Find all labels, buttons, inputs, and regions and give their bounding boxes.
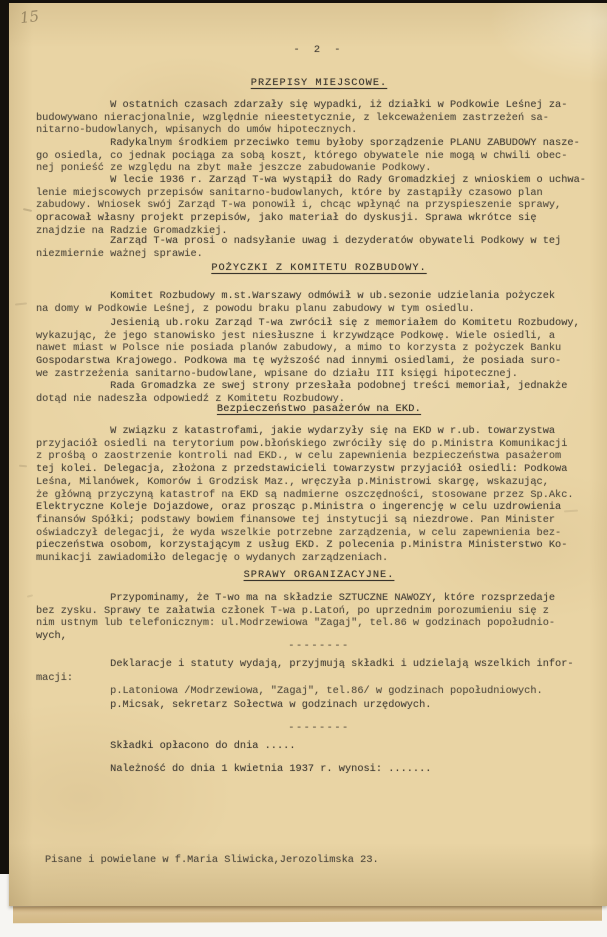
scan-background: 15 - 2 - PRZEPISY MIEJSCOWE. W ostatnich… <box>0 0 607 937</box>
paragraph: W lecie 1936 r. Zarząd T-wa wystąpił do … <box>36 174 602 238</box>
typed-divider: -------- <box>36 722 602 735</box>
pencil-smudge <box>27 594 33 597</box>
paragraph: Komitet Rozbudowy m.st.Warszawy odmówił … <box>36 290 602 315</box>
pencil-smudge <box>19 465 27 468</box>
typed-divider: -------- <box>36 640 602 653</box>
printer-imprint: Pisane i powielane w f.Maria Sliwicka,Je… <box>45 854 605 867</box>
paragraph: Radykalnym środkiem przeciwko temu byłob… <box>36 137 602 175</box>
paragraph: W związku z katastrofami, jakie wydarzył… <box>36 425 602 565</box>
section-heading-ekd: Bezpieczeństwo pasażerów na EKD. <box>36 403 602 416</box>
section-heading-pozyczki: POŻYCZKI Z KOMITETU ROZBUDOWY. <box>36 262 602 275</box>
document-page: 15 - 2 - PRZEPISY MIEJSCOWE. W ostatnich… <box>9 3 607 906</box>
pencil-smudge <box>15 302 27 305</box>
paragraph: Zarząd T-wa prosi o nadsyłanie uwag i de… <box>36 235 602 260</box>
handwritten-margin-number: 15 <box>19 7 40 27</box>
page-bottom-edge <box>13 904 602 924</box>
scan-border-left <box>0 0 9 874</box>
section-heading-przepisy-miejscowe: PRZEPISY MIEJSCOWE. <box>36 77 602 90</box>
paragraph: Rada Gromadzka ze swej strony przesłała … <box>36 380 602 405</box>
paragraph: Jesienią ub.roku Zarząd T-wa zwrócił się… <box>36 317 602 381</box>
paragraph: Deklaracje i statuty wydają, przyjmują s… <box>36 658 602 712</box>
paragraph: Przypominamy, że T-wo ma na składzie SZT… <box>36 592 602 643</box>
dues-paid-line: Składki opłacono do dnia ..... <box>36 740 602 753</box>
amount-due-line: Należność do dnia 1 kwietnia 1937 r. wyn… <box>36 763 602 776</box>
pencil-smudge <box>23 208 32 212</box>
paragraph: W ostatnich czasach zdarzały się wypadki… <box>36 99 602 137</box>
page-number: - 2 - <box>36 44 602 57</box>
section-heading-organizacyjne: SPRAWY ORGANIZACYJNE. <box>36 569 602 582</box>
